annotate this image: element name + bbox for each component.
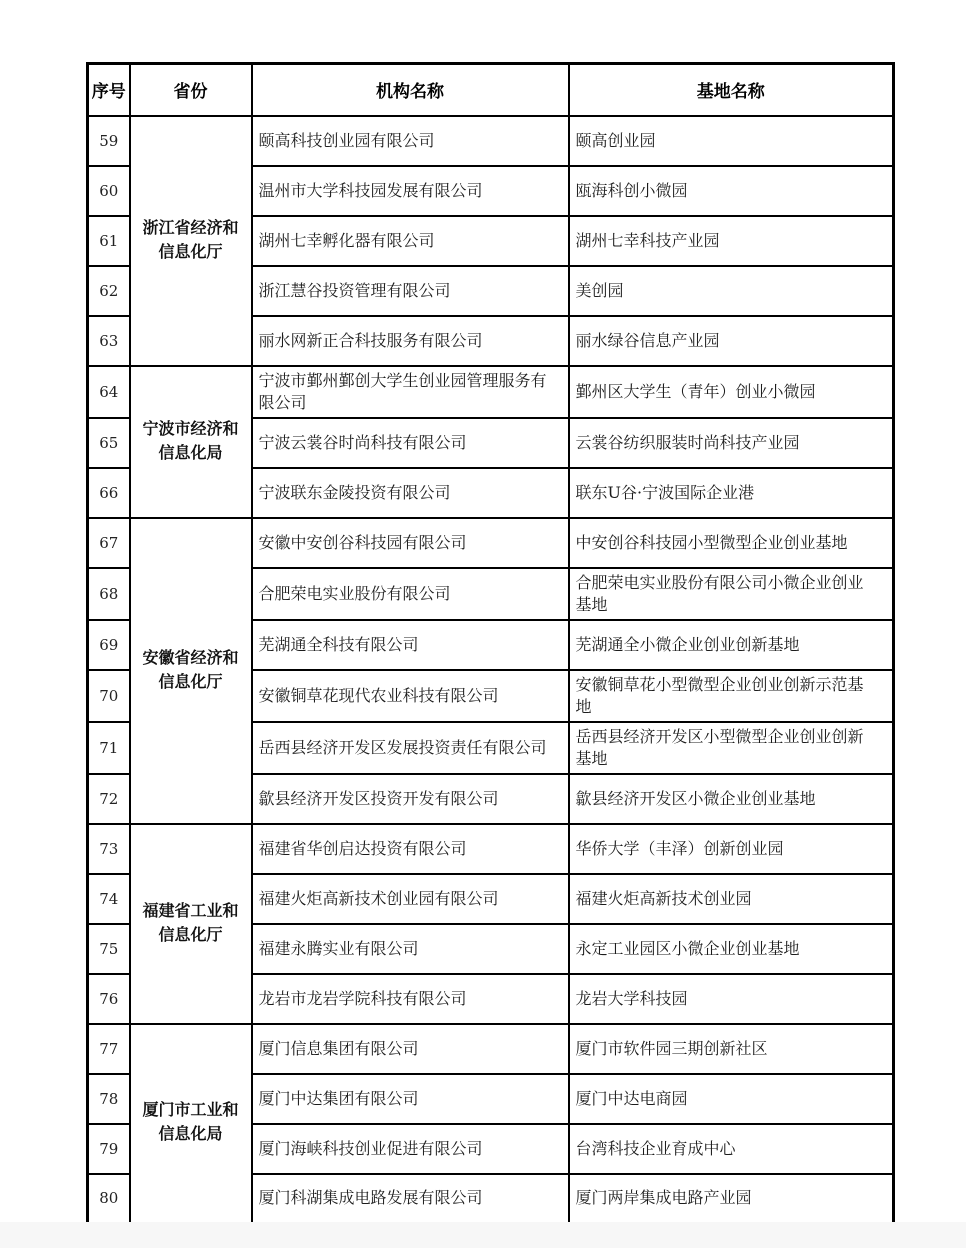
page-edge-band bbox=[0, 1222, 966, 1248]
org-cell: 安徽铜草花现代农业科技有限公司 bbox=[252, 670, 569, 722]
table-row: 77 厦门市工业和 信息化局 厦门信息集团有限公司 厦门市软件园三期创新社区 bbox=[88, 1024, 894, 1074]
base-cell: 岳西县经济开发区小型微型企业创业创新基地 bbox=[569, 722, 894, 774]
row-index: 80 bbox=[88, 1174, 130, 1224]
col-header-index: 序号 bbox=[88, 64, 130, 116]
base-cell: 中安创谷科技园小型微型企业创业基地 bbox=[569, 518, 894, 568]
base-cell: 永定工业园区小微企业创业基地 bbox=[569, 924, 894, 974]
row-index: 67 bbox=[88, 518, 130, 568]
row-index: 78 bbox=[88, 1074, 130, 1124]
base-cell: 厦门市软件园三期创新社区 bbox=[569, 1024, 894, 1074]
province-cell: 厦门市工业和 信息化局 bbox=[130, 1024, 252, 1224]
table-row: 59 浙江省经济和 信息化厅 颐高科技创业园有限公司 颐高创业园 bbox=[88, 116, 894, 166]
org-cell: 厦门信息集团有限公司 bbox=[252, 1024, 569, 1074]
org-cell: 颐高科技创业园有限公司 bbox=[252, 116, 569, 166]
org-cell: 福建火炬高新技术创业园有限公司 bbox=[252, 874, 569, 924]
base-cell: 歙县经济开发区小微企业创业基地 bbox=[569, 774, 894, 824]
org-cell: 丽水网新正合科技服务有限公司 bbox=[252, 316, 569, 366]
row-index: 75 bbox=[88, 924, 130, 974]
document-page: 序号 省份 机构名称 基地名称 59 浙江省经济和 信息化厅 颐高科技创业园有限… bbox=[86, 62, 895, 1225]
base-cell: 颐高创业园 bbox=[569, 116, 894, 166]
org-cell: 歙县经济开发区投资开发有限公司 bbox=[252, 774, 569, 824]
row-index: 60 bbox=[88, 166, 130, 216]
col-header-base: 基地名称 bbox=[569, 64, 894, 116]
province-line1: 福建省工业和 bbox=[133, 900, 249, 924]
row-index: 59 bbox=[88, 116, 130, 166]
province-cell: 浙江省经济和 信息化厅 bbox=[130, 116, 252, 366]
table-row: 73 福建省工业和 信息化厅 福建省华创启达投资有限公司 华侨大学（丰泽）创新创… bbox=[88, 824, 894, 874]
province-line2: 信息化局 bbox=[133, 442, 249, 466]
row-index: 74 bbox=[88, 874, 130, 924]
base-cell: 龙岩大学科技园 bbox=[569, 974, 894, 1024]
row-index: 63 bbox=[88, 316, 130, 366]
org-cell: 宁波联东金陵投资有限公司 bbox=[252, 468, 569, 518]
province-cell: 安徽省经济和 信息化厅 bbox=[130, 518, 252, 824]
row-index: 70 bbox=[88, 670, 130, 722]
base-cell: 台湾科技企业育成中心 bbox=[569, 1124, 894, 1174]
row-index: 68 bbox=[88, 568, 130, 620]
base-cell: 福建火炬高新技术创业园 bbox=[569, 874, 894, 924]
province-line2: 信息化厅 bbox=[133, 924, 249, 948]
approval-list-table: 序号 省份 机构名称 基地名称 59 浙江省经济和 信息化厅 颐高科技创业园有限… bbox=[86, 62, 895, 1225]
base-cell: 湖州七幸科技产业园 bbox=[569, 216, 894, 266]
org-cell: 厦门中达集团有限公司 bbox=[252, 1074, 569, 1124]
row-index: 73 bbox=[88, 824, 130, 874]
row-index: 62 bbox=[88, 266, 130, 316]
org-cell: 湖州七幸孵化器有限公司 bbox=[252, 216, 569, 266]
row-index: 61 bbox=[88, 216, 130, 266]
org-cell: 福建省华创启达投资有限公司 bbox=[252, 824, 569, 874]
row-index: 71 bbox=[88, 722, 130, 774]
org-cell: 岳西县经济开发区发展投资责任有限公司 bbox=[252, 722, 569, 774]
base-cell: 丽水绿谷信息产业园 bbox=[569, 316, 894, 366]
province-line2: 信息化局 bbox=[133, 1123, 249, 1147]
row-index: 64 bbox=[88, 366, 130, 418]
province-line1: 宁波市经济和 bbox=[133, 418, 249, 442]
row-index: 65 bbox=[88, 418, 130, 468]
org-cell: 福建永腾实业有限公司 bbox=[252, 924, 569, 974]
org-cell: 厦门海峡科技创业促进有限公司 bbox=[252, 1124, 569, 1174]
base-cell: 瓯海科创小微园 bbox=[569, 166, 894, 216]
row-index: 66 bbox=[88, 468, 130, 518]
col-header-province: 省份 bbox=[130, 64, 252, 116]
province-line2: 信息化厅 bbox=[133, 241, 249, 265]
row-index: 79 bbox=[88, 1124, 130, 1174]
base-cell: 芜湖通全小微企业创业创新基地 bbox=[569, 620, 894, 670]
province-line1: 厦门市工业和 bbox=[133, 1099, 249, 1123]
base-cell: 美创园 bbox=[569, 266, 894, 316]
table-row: 64 宁波市经济和 信息化局 宁波市鄞州鄞创大学生创业园管理服务有限公司 鄞州区… bbox=[88, 366, 894, 418]
org-cell: 宁波市鄞州鄞创大学生创业园管理服务有限公司 bbox=[252, 366, 569, 418]
base-cell: 联东U谷·宁波国际企业港 bbox=[569, 468, 894, 518]
col-header-org: 机构名称 bbox=[252, 64, 569, 116]
org-cell: 浙江慧谷投资管理有限公司 bbox=[252, 266, 569, 316]
province-line1: 浙江省经济和 bbox=[133, 217, 249, 241]
org-cell: 安徽中安创谷科技园有限公司 bbox=[252, 518, 569, 568]
org-cell: 龙岩市龙岩学院科技有限公司 bbox=[252, 974, 569, 1024]
province-line2: 信息化厅 bbox=[133, 671, 249, 695]
base-cell: 厦门两岸集成电路产业园 bbox=[569, 1174, 894, 1224]
row-index: 77 bbox=[88, 1024, 130, 1074]
row-index: 76 bbox=[88, 974, 130, 1024]
base-cell: 厦门中达电商园 bbox=[569, 1074, 894, 1124]
row-index: 72 bbox=[88, 774, 130, 824]
base-cell: 华侨大学（丰泽）创新创业园 bbox=[569, 824, 894, 874]
base-cell: 安徽铜草花小型微型企业创业创新示范基地 bbox=[569, 670, 894, 722]
base-cell: 合肥荣电实业股份有限公司小微企业创业基地 bbox=[569, 568, 894, 620]
province-line1: 安徽省经济和 bbox=[133, 647, 249, 671]
base-cell: 鄞州区大学生（青年）创业小微园 bbox=[569, 366, 894, 418]
province-cell: 福建省工业和 信息化厅 bbox=[130, 824, 252, 1024]
org-cell: 芜湖通全科技有限公司 bbox=[252, 620, 569, 670]
header-row: 序号 省份 机构名称 基地名称 bbox=[88, 64, 894, 116]
row-index: 69 bbox=[88, 620, 130, 670]
org-cell: 宁波云裳谷时尚科技有限公司 bbox=[252, 418, 569, 468]
base-cell: 云裳谷纺织服装时尚科技产业园 bbox=[569, 418, 894, 468]
org-cell: 温州市大学科技园发展有限公司 bbox=[252, 166, 569, 216]
table-row: 67 安徽省经济和 信息化厅 安徽中安创谷科技园有限公司 中安创谷科技园小型微型… bbox=[88, 518, 894, 568]
org-cell: 合肥荣电实业股份有限公司 bbox=[252, 568, 569, 620]
org-cell: 厦门科湖集成电路发展有限公司 bbox=[252, 1174, 569, 1224]
province-cell: 宁波市经济和 信息化局 bbox=[130, 366, 252, 518]
